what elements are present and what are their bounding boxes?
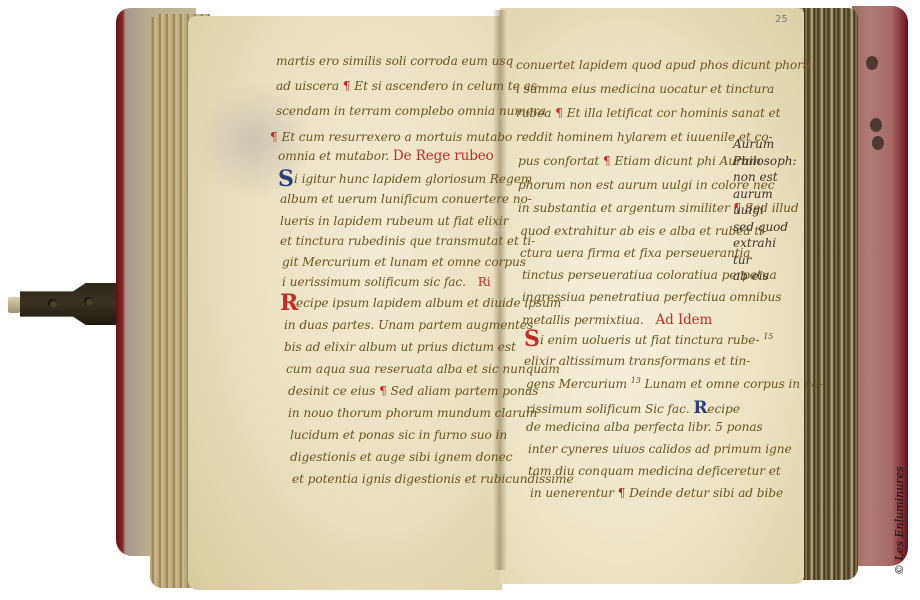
text-line: elixir altissimum transformans et tin- — [524, 354, 750, 368]
line-text: ecipe — [707, 402, 739, 416]
text-line: in nouo thorum phorum mundum clarum — [288, 406, 537, 420]
marginalia-line: extrahi — [733, 235, 793, 252]
line-text: i uerissimum solificum sic fac. — [282, 275, 466, 289]
marginalia-line: Philosoph: — [733, 153, 793, 170]
text-line: in uenerentur ¶ Deinde detur sibi ad bib… — [530, 486, 783, 500]
rubric-paragraph-mark: ¶ — [603, 154, 611, 168]
text-line: conuertet lapidem quod apud phos dicunt … — [516, 58, 810, 72]
text-line: scendam in terram complebo omnia numera — [276, 104, 546, 118]
text-line: inter cyneres uiuos calidos ad primum ig… — [528, 442, 792, 456]
text-line: bis ad elixir album ut prius dictum est — [284, 340, 516, 354]
manuscript-photo: 25 martis ero similis soli corroda eum u… — [0, 0, 920, 600]
text-line: et tinctura rubedinis que transmutat et … — [280, 234, 535, 248]
line-text: i enim uolueris ut fiat tinctura rube- — [540, 333, 759, 347]
line-text: gens Mercurium — [526, 377, 627, 391]
decorated-initial: R — [693, 398, 707, 418]
text-line: i enim uolueris ut fiat tinctura rube- 1… — [540, 332, 773, 347]
superscript-number: 13 — [631, 376, 641, 385]
decorated-initial: S — [524, 326, 540, 352]
rubric-paragraph-mark: ¶ — [618, 486, 626, 500]
line-text: Et illa letificat cor hominis sanat et — [567, 106, 781, 120]
line-text: in substantia et argentum similiter — [518, 201, 730, 215]
superscript-number: 15 — [763, 332, 773, 341]
line-text: rubea — [516, 106, 551, 120]
line-text: omnia et mutabor. — [278, 149, 389, 163]
binding-stud — [872, 136, 884, 150]
marginalia-line: ab eis — [733, 268, 793, 285]
text-line: de medicina alba perfecta libr. 5 ponas — [526, 420, 763, 434]
marginalia-line: aurum — [733, 186, 793, 203]
decorated-initial: S — [278, 166, 294, 192]
text-line: omnia et mutabor. De Rege rubeo — [278, 148, 494, 164]
text-line: ingressiua penetratiua perfectiua omnibu… — [522, 290, 781, 304]
text-line: git Mercurium et lunam et omne corpus — [282, 255, 526, 269]
copyright-credit: © Les Enluminures — [893, 466, 906, 575]
clasp-strap — [20, 283, 126, 325]
text-line: tam diu conquam medicina deficeretur et — [528, 464, 781, 478]
clasp-rivet — [84, 297, 93, 306]
clasp-metal-tip — [8, 297, 20, 313]
text-line: digestionis et auge sibi ignem donec — [290, 450, 512, 464]
line-text: Et si ascendero in celum te as- — [354, 79, 541, 93]
rubric-paragraph-mark: ¶ — [555, 106, 563, 120]
book-clasp — [8, 275, 126, 333]
rubric-mark: Ri — [478, 275, 491, 289]
text-line: cum aqua sua reseruata alba et sic nunqu… — [286, 362, 560, 376]
marginalia-line: non est — [733, 169, 793, 186]
rubric-heading: De Rege rubeo — [393, 148, 494, 164]
text-line: i summa eius medicina uocatur et tinctur… — [516, 82, 774, 96]
line-text: ad uiscera — [276, 79, 339, 93]
marginalia-line: sed quod — [733, 219, 793, 236]
book-gutter — [493, 10, 507, 570]
text-line: metallis permixtiua. Ad Idem — [522, 312, 712, 328]
clasp-rivet — [48, 299, 57, 308]
binding-stud — [866, 56, 878, 70]
rubric-paragraph-mark: ¶ — [343, 79, 351, 93]
line-text: desinit ce eius — [288, 384, 375, 398]
text-line: pus confortat ¶ Etiam dicunt phi Aurum — [518, 154, 761, 168]
text-line: lueris in lapidem rubeum ut fiat elixir — [280, 214, 508, 228]
text-line: ¶ Et cum resurrexero a mortuis mutabo — [270, 130, 512, 144]
rubric-heading: Ad Idem — [656, 312, 713, 328]
line-text: pus confortat — [518, 154, 599, 168]
text-line: gens Mercurium 13 Lunam et omne corpus i… — [526, 376, 823, 391]
text-line: lucidum et ponas sic in furno suo in — [290, 428, 507, 442]
line-text: rissimum solificum Sic fac. — [526, 402, 690, 416]
line-text: in uenerentur — [530, 486, 614, 500]
marginalia-line: Aurum — [733, 136, 793, 153]
line-text: Et cum resurrexero a mortuis mutabo — [281, 130, 512, 144]
text-line: desinit ce eius ¶ Sed aliam partem ponas — [288, 384, 538, 398]
line-text: Deinde detur sibi ad bibe — [629, 486, 783, 500]
text-line: i igitur hunc lapidem gloriosum Regem — [294, 172, 532, 186]
rubric-paragraph-mark: ¶ — [379, 384, 387, 398]
text-line: rubea ¶ Et illa letificat cor hominis sa… — [516, 106, 780, 120]
marginal-annotation: Aurum Philosoph: non est aurum uulgi sed… — [733, 136, 793, 285]
text-line: in duas partes. Unam partem augmentes — [284, 318, 533, 332]
text-line: i uerissimum solificum sic fac. Ri — [282, 275, 491, 289]
line-text: Sed aliam partem ponas — [391, 384, 539, 398]
text-line: ad uiscera ¶ Et si ascendero in celum te… — [276, 79, 541, 93]
rubric-paragraph-mark: ¶ — [270, 130, 278, 144]
line-text: Lunam et omne corpus in ue- — [644, 377, 822, 391]
text-line: rissimum solificum Sic fac. Recipe — [526, 398, 740, 418]
folio-number: 25 — [775, 14, 788, 25]
marginalia-line: tur — [733, 252, 793, 269]
line-text: metallis permixtiua. — [522, 313, 644, 327]
right-page-edges — [796, 8, 858, 580]
text-line: quod extrahitur ab eis e alba et rubea t… — [520, 224, 767, 238]
binding-stud — [870, 118, 882, 132]
text-line: ctura uera firma et fixa perseuerantia — [520, 246, 750, 260]
text-line: martis ero similis soli corroda eum usq — [276, 54, 513, 68]
marginalia-line: uulgi — [733, 202, 793, 219]
text-line: album et uerum lunificum conuertere no- — [280, 192, 532, 206]
